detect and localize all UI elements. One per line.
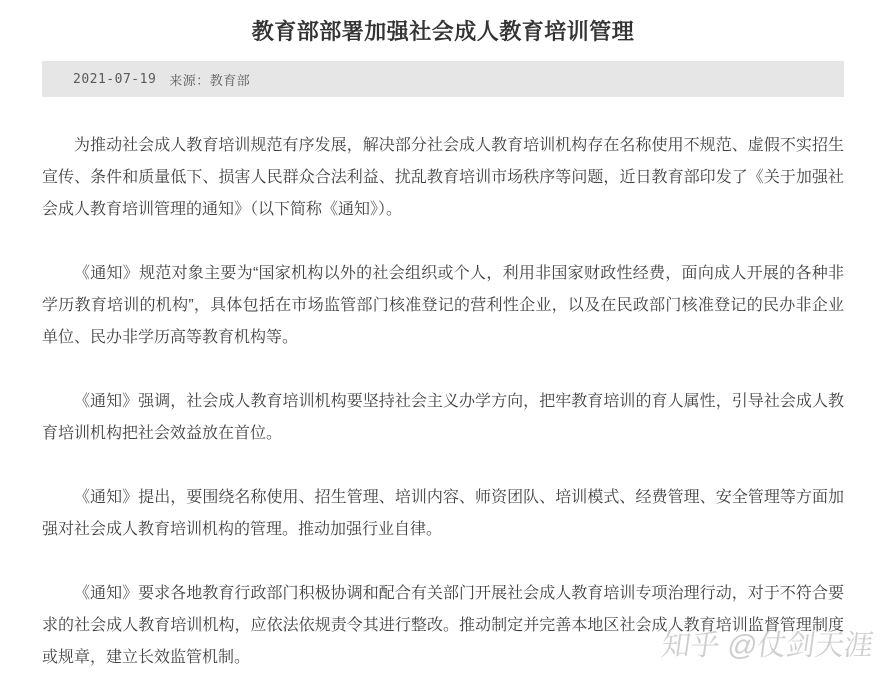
article: 教育部部署加强社会成人教育培训管理 2021-07-19 来源：教育部 为推动社… <box>0 18 886 674</box>
paragraph: 《通知》提出，要围绕名称使用、招生管理、培训内容、师资团队、培训模式、经费管理、… <box>42 482 844 546</box>
publish-date: 2021-07-19 <box>73 72 156 87</box>
meta-bar: 2021-07-19 来源：教育部 <box>42 61 844 97</box>
article-title: 教育部部署加强社会成人教育培训管理 <box>42 18 844 46</box>
paragraph: 为推动社会成人教育培训规范有序发展，解决部分社会成人教育培训机构存在名称使用不规… <box>42 130 844 226</box>
source-label: 来源：教育部 <box>169 70 250 89</box>
paragraph: 《通知》强调，社会成人教育培训机构要坚持社会主义办学方向，把牢教育培训的育人属性… <box>42 386 844 450</box>
paragraph: 《通知》要求各地教育行政部门积极协调和配合有关部门开展社会成人教育培训专项治理行… <box>42 578 844 674</box>
article-body: 为推动社会成人教育培训规范有序发展，解决部分社会成人教育培训机构存在名称使用不规… <box>42 130 844 674</box>
paragraph: 《通知》规范对象主要为“国家机构以外的社会组织或个人，利用非国家财政性经费，面向… <box>42 258 844 354</box>
